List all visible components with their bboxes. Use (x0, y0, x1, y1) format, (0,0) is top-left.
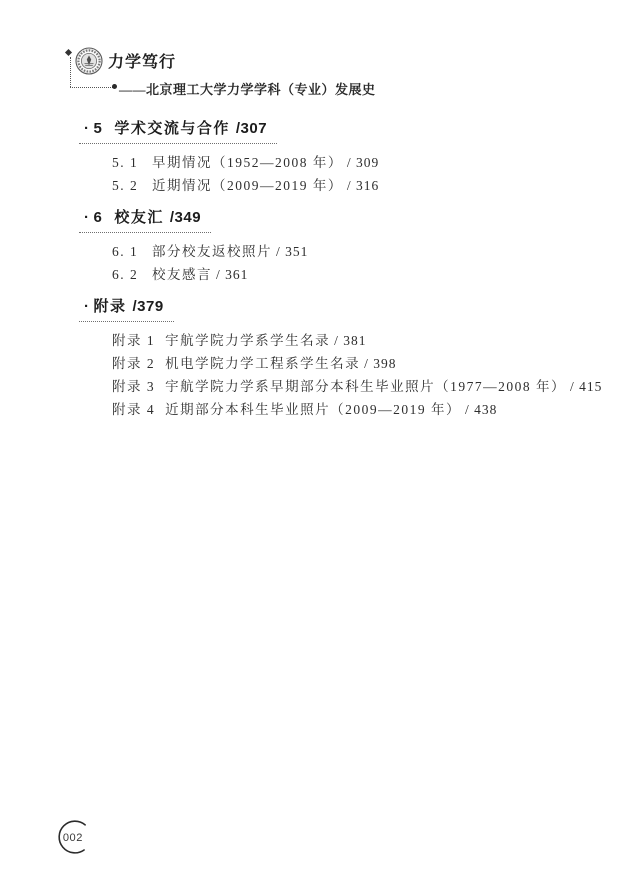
toc-item: 5. 2近期情况（2009—2019 年）/ 316 (112, 174, 584, 197)
page-number: 002 (63, 832, 83, 844)
item-number: 5. 1 (112, 151, 142, 174)
item-number: 6. 1 (112, 240, 142, 263)
item-page: / 398 (364, 356, 396, 371)
toc-items: 附录 1宇航学院力学系学生名录/ 381 附录 2机电学院力学工程系学生名录/ … (112, 329, 584, 421)
toc-item: 附录 3宇航学院力学系早期部分本科生毕业照片（1977—2008 年）/ 415 (112, 375, 584, 398)
item-page: / 309 (347, 155, 379, 170)
toc-item: 附录 1宇航学院力学系学生名录/ 381 (112, 329, 584, 352)
item-title: 校友感言 (152, 267, 212, 282)
item-title: 部分校友返校照片 (152, 244, 272, 259)
deco-dotted-hline (70, 87, 113, 88)
section-bullet: · (84, 298, 91, 315)
item-page: / 381 (334, 333, 366, 348)
section-number: 6 (94, 209, 104, 226)
item-page: / 438 (465, 402, 497, 417)
item-title: 宇航学院力学系学生名录 (165, 333, 330, 348)
item-number: 5. 2 (112, 174, 142, 197)
toc-item: 6. 2校友感言/ 361 (112, 263, 584, 286)
section-title: 学术交流与合作 (114, 120, 230, 137)
book-page: 力学笃行 ——北京理工大学力学学科（专业）发展史 ·5学术交流与合作/307 5… (0, 0, 638, 892)
item-title: 早期情况（1952—2008 年） (152, 155, 343, 170)
toc-section-appendix: ·附录/379 附录 1宇航学院力学系学生名录/ 381 附录 2机电学院力学工… (84, 295, 584, 421)
toc-section-5: ·5学术交流与合作/307 5. 1早期情况（1952—2008 年）/ 309… (84, 117, 584, 197)
item-title: 宇航学院力学系早期部分本科生毕业照片（1977—2008 年） (165, 379, 566, 394)
toc-items: 5. 1早期情况（1952—2008 年）/ 309 5. 2近期情况（2009… (112, 151, 584, 197)
deco-dot-icon (112, 84, 117, 89)
table-of-contents: ·5学术交流与合作/307 5. 1早期情况（1952—2008 年）/ 309… (84, 117, 584, 430)
toc-section-header: ·附录/379 (79, 295, 174, 322)
book-subtitle: ——北京理工大学力学学科（专业）发展史 (119, 79, 376, 98)
item-title: 近期情况（2009—2019 年） (152, 178, 343, 193)
toc-item: 附录 4近期部分本科生毕业照片（2009—2019 年）/ 438 (112, 398, 584, 421)
toc-section-header: ·6校友汇/349 (79, 206, 211, 233)
item-title: 近期部分本科生毕业照片（2009—2019 年） (165, 402, 461, 417)
book-title: 力学笃行 (108, 49, 176, 72)
toc-item: 5. 1早期情况（1952—2008 年）/ 309 (112, 151, 584, 174)
toc-section-6: ·6校友汇/349 6. 1部分校友返校照片/ 351 6. 2校友感言/ 36… (84, 206, 584, 286)
university-seal-icon (75, 47, 103, 75)
section-number: 5 (94, 120, 104, 137)
section-bullet: · (84, 209, 91, 226)
section-title: 附录 (94, 298, 127, 315)
item-page: / 361 (216, 267, 248, 282)
item-number: 6. 2 (112, 263, 142, 286)
toc-section-header: ·5学术交流与合作/307 (79, 117, 277, 144)
section-page: /379 (133, 298, 164, 315)
section-page: /307 (236, 120, 267, 137)
item-number: 附录 3 (112, 375, 155, 398)
item-number: 附录 4 (112, 398, 155, 421)
toc-item: 6. 1部分校友返校照片/ 351 (112, 240, 584, 263)
deco-dotted-vline (70, 57, 71, 87)
item-page: / 351 (276, 244, 308, 259)
item-page: / 415 (570, 379, 602, 394)
item-number: 附录 2 (112, 352, 155, 375)
toc-items: 6. 1部分校友返校照片/ 351 6. 2校友感言/ 361 (112, 240, 584, 286)
section-title: 校友汇 (114, 209, 164, 226)
item-page: / 316 (347, 178, 379, 193)
page-header: 力学笃行 ——北京理工大学力学学科（专业）发展史 (0, 0, 638, 110)
section-bullet: · (84, 120, 91, 137)
item-title: 机电学院力学工程系学生名录 (165, 356, 360, 371)
section-page: /349 (170, 209, 201, 226)
toc-item: 附录 2机电学院力学工程系学生名录/ 398 (112, 352, 584, 375)
deco-diamond-icon (65, 49, 72, 56)
page-number-badge: 002 (56, 818, 94, 856)
item-number: 附录 1 (112, 329, 155, 352)
